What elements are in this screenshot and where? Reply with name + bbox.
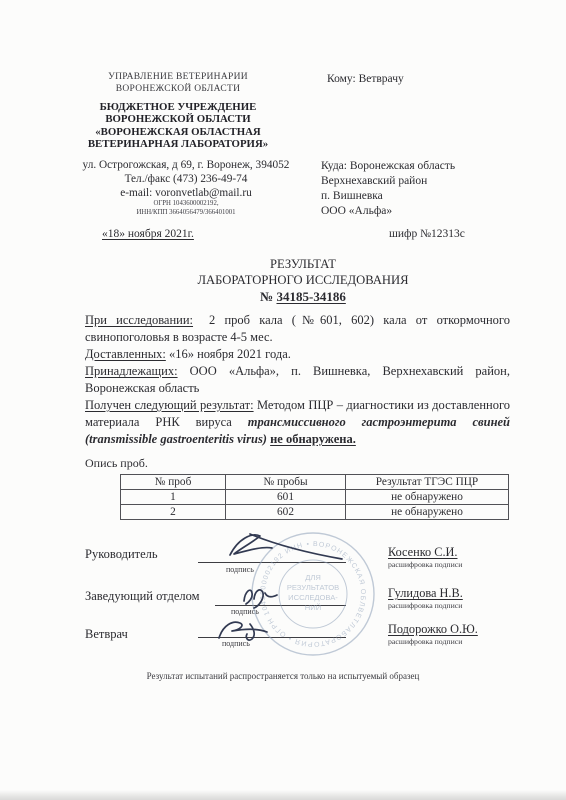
email-address: e-mail: voronvetlab@mail.ru [48,186,324,200]
table-header-row: № проб № пробы Результат ТГЭС ПЦР [121,475,509,490]
cell-sample: 601 [226,490,346,505]
stamp-center-line: ИССЛЕДОВА- [288,593,338,602]
destination-line: ООО «Альфа» [321,204,455,219]
signature-name-label: расшифровка подписи [388,560,462,569]
handwritten-signature-vet [214,618,272,644]
contact-block: ул. Острогожская, д 69, г. Воронеж, 3940… [48,158,324,217]
org-line: ВОРОНЕЖСКОЙ ОБЛАСТИ [60,113,296,125]
number-value: 34185-34186 [276,289,345,304]
signature-name: Гулидова Н.В. [388,586,463,601]
signature-role: Руководитель [85,547,158,562]
paragraph-label: При исследовании: [85,313,193,327]
org-line: БЮДЖЕТНОЕ УЧРЕЖДЕНИЕ [60,101,296,113]
org-line: ВЕТЕРИНАРНАЯ ЛАБОРАТОРИЯ» [60,138,296,150]
signature-name-label: расшифровка подписи [388,637,462,646]
document-number: № 34185-34186 [33,289,566,305]
paragraph-label: Получен следующий результат: [85,398,254,412]
document-date: «18» ноября 2021г. [102,228,194,240]
street-address: ул. Острогожская, д 69, г. Воронеж, 3940… [48,158,324,172]
recipient-line: Кому: Ветврачу [327,73,404,85]
table-row: 2 602 не обнаружено [121,505,509,520]
cell-n: 2 [121,505,226,520]
col-header-sample-number: № пробы [226,475,346,490]
cell-n: 1 [121,490,226,505]
stamp-center-line: РЕЗУЛЬТАТОВ [287,583,339,592]
inn-kpp-number: ИНН/КПП 3664056479/366401001 [48,209,324,218]
destination-line: Верхнехавский район [321,174,455,189]
org-line: «ВОРОНЕЖСКАЯ ОБЛАСТНАЯ [60,126,296,138]
footer-note: Результат испытаний распространяется тол… [0,671,566,681]
handwritten-signature-head [238,584,283,610]
dept-line: ВОРОНЕЖСКОЙ ОБЛАСТИ [68,83,288,95]
signature-role: Ветврач [85,627,128,642]
cell-result: не обнаружено [346,490,509,505]
paragraph-result: Получен следующий результат: Методом ПЦР… [85,397,510,448]
number-sign: № [260,289,276,304]
paragraph-study: При исследовании:2 проб кала (№601, 602)… [85,312,510,346]
destination-line: п. Вишневка [321,189,455,204]
signature-role: Заведующий отделом [85,589,200,604]
result-value: не обнаружена. [270,432,356,446]
title-line: ЛАБОРАТОРНОГО ИССЛЕДОВАНИЯ [33,273,566,289]
dept-line: УПРАВЛЕНИЕ ВЕТЕРИНАРИИ [68,71,288,83]
signature-name-label: расшифровка подписи [388,601,462,610]
stamp-center-line: ДЛЯ [305,573,321,582]
destination-address: Куда: Воронежская область Верхнехавский … [321,159,455,219]
signature-name: Подорожко О.Ю. [388,622,478,637]
col-header-sample-count: № проб [121,475,226,490]
cipher-number: шифр №12313с [389,228,465,240]
signature-name: Косенко С.И. [388,545,458,560]
paragraph-delivered: Доставленных: «16» ноября 2021 года. [85,346,510,363]
table-row: 1 601 не обнаружено [121,490,509,505]
ogrn-number: ОГРН 1043600002192, [48,200,324,209]
destination-line: Куда: Воронежская область [321,159,455,174]
samples-caption: Опись проб. [85,456,148,471]
handwritten-signature-director [222,529,347,564]
paragraph-owner: Принадлежащих: ООО «Альфа», п. Вишневка,… [85,363,510,397]
samples-table: № проб № пробы Результат ТГЭС ПЦР 1 601 … [120,474,509,520]
stamp-center-line: НИЙ [305,603,321,612]
phone-fax: Тел./факс (473) 236-49-74 [48,172,324,186]
col-header-result: Результат ТГЭС ПЦР [346,475,509,490]
paragraph-label: Принадлежащих: [85,364,178,378]
paragraph-value: «16» ноября 2021 года. [169,347,291,361]
document-title: РЕЗУЛЬТАТ ЛАБОРАТОРНОГО ИССЛЕДОВАНИЯ № 3… [33,257,566,304]
body-text: При исследовании:2 проб кала (№601, 602)… [85,312,510,448]
cell-sample: 602 [226,505,346,520]
organization-name: БЮДЖЕТНОЕ УЧРЕЖДЕНИЕ ВОРОНЕЖСКОЙ ОБЛАСТИ… [60,101,296,150]
document-page: УПРАВЛЕНИЕ ВЕТЕРИНАРИИ ВОРОНЕЖСКОЙ ОБЛАС… [0,0,566,800]
scan-edge-shadow [0,790,566,800]
cell-result: не обнаружено [346,505,509,520]
title-line: РЕЗУЛЬТАТ [33,257,566,273]
department-name: УПРАВЛЕНИЕ ВЕТЕРИНАРИИ ВОРОНЕЖСКОЙ ОБЛАС… [68,71,288,95]
paragraph-label: Доставленных: [85,347,166,361]
